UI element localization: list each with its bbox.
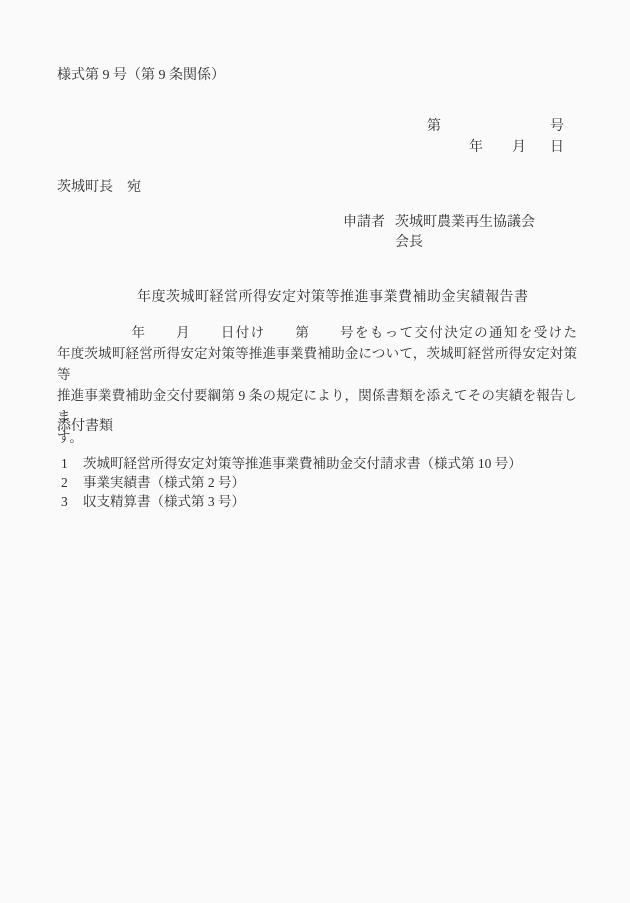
attachment-number: 2 — [57, 473, 83, 492]
attachments-list: 1 茨城町経営所得安定対策等推進事業費補助金交付請求書（様式第 10 号） 2 … — [57, 454, 597, 511]
addressee: 茨城町長 宛 — [57, 176, 141, 196]
date-day-label: 日 — [550, 136, 564, 156]
attachment-text: 収支精算書（様式第 3 号） — [83, 492, 245, 511]
body-line-4: す。 — [57, 427, 577, 448]
attachment-number: 1 — [57, 454, 83, 473]
attachment-number: 3 — [57, 492, 83, 511]
body-paragraph: 年 月 日付け 第 号をもって交付決定の通知を受けた 年度茨城町経営所得安定対策… — [57, 322, 577, 448]
attachment-text: 事業実績書（様式第 2 号） — [83, 473, 245, 492]
applicant-label: 申請者 — [343, 211, 385, 231]
applicant-organization: 茨城町農業再生協議会 — [395, 211, 535, 231]
applicant-representative: 会長 — [395, 231, 423, 251]
attachment-item: 2 事業実績書（様式第 2 号） — [57, 473, 597, 492]
document-title: 年度茨城町経営所得安定対策等推進事業費補助金実績報告書 — [137, 286, 529, 306]
form-number: 様式第 9 号（第 9 条関係） — [57, 64, 225, 84]
document-page: 様式第 9 号（第 9 条関係） 第 号 年 月 日 茨城町長 宛 申請者 茨城… — [0, 0, 630, 903]
doc-number-prefix: 第 — [427, 115, 441, 135]
body-line-1: 年 月 日付け 第 号をもって交付決定の通知を受けた — [57, 322, 577, 343]
doc-number-suffix: 号 — [550, 115, 564, 135]
body-line-3: 推進事業費補助金交付要綱第 9 条の規定により，関係書類を添えてその実績を報告し… — [57, 385, 577, 427]
attachment-text: 茨城町経営所得安定対策等推進事業費補助金交付請求書（様式第 10 号） — [83, 454, 522, 473]
attachments-heading: 添付書類 — [57, 415, 113, 435]
date-year-label: 年 — [469, 136, 483, 156]
attachment-item: 3 収支精算書（様式第 3 号） — [57, 492, 597, 511]
attachment-item: 1 茨城町経営所得安定対策等推進事業費補助金交付請求書（様式第 10 号） — [57, 454, 597, 473]
body-line-2: 年度茨城町経営所得安定対策等推進事業費補助金について，茨城町経営所得安定対策等 — [57, 343, 577, 385]
date-month-label: 月 — [512, 136, 526, 156]
